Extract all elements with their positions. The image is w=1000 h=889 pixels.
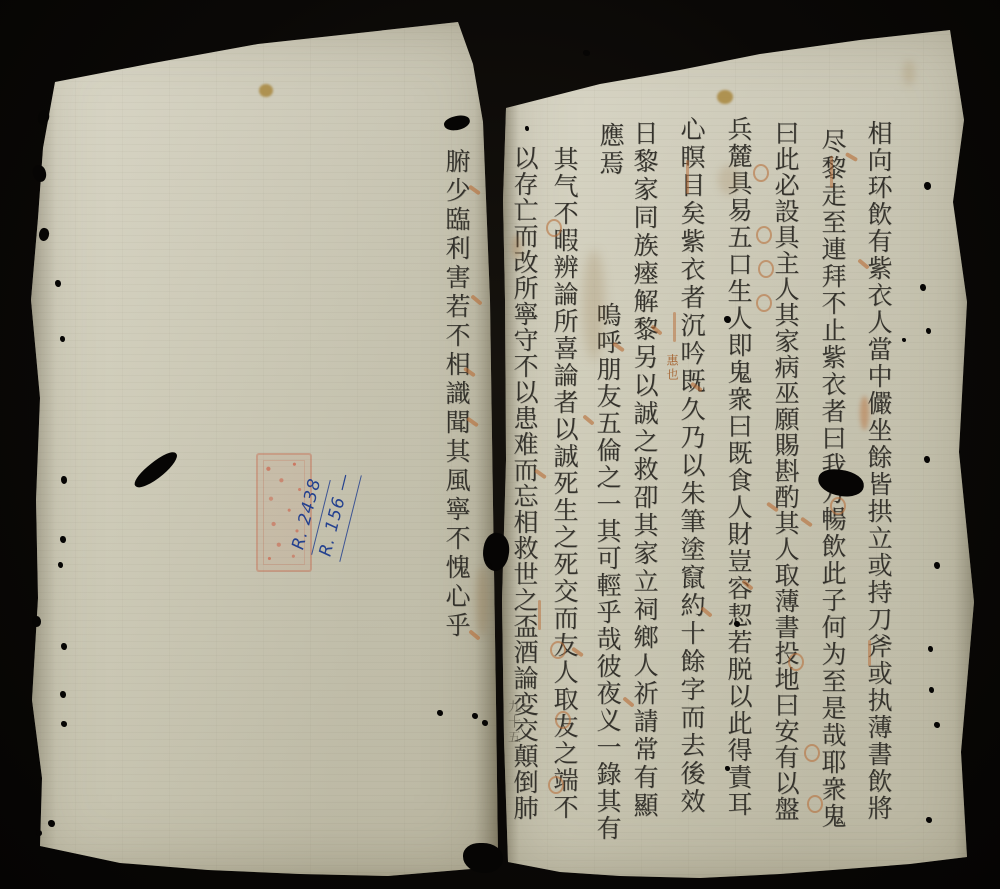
worm-hole [472,713,478,719]
worm-hole [36,830,42,836]
worm-hole [61,721,67,727]
vermilion-circle-mark [807,795,823,813]
left-page [28,18,498,878]
vermilion-emphasis-line [686,160,689,194]
vermilion-circle-mark [555,711,571,729]
worm-hole [58,562,63,568]
worm-hole [463,843,503,873]
vermilion-emphasis-line [868,640,871,666]
manuscript-column-1: 相向环飲有紫衣人當中儼坐餘皆拱立或持刀斧或执薄書飲將 [866,120,891,822]
worm-hole [525,126,529,131]
vermilion-emphasis-line [538,600,541,630]
worm-hole [60,536,66,543]
worm-hole [55,280,61,287]
worm-hole [920,284,926,291]
worm-hole [929,687,934,693]
vermilion-circle-mark [753,164,769,182]
worm-hole [926,328,931,334]
worm-hole [60,691,66,698]
worm-hole [928,646,933,652]
worm-hole [48,820,55,827]
manuscript-column-4: 兵麓具易五口生人即鬼衆曰既食人財豈容恝若脱以此得責耳 [726,116,751,818]
manuscript-column-7-top: 應焉 [598,122,623,178]
worm-hole [725,766,730,771]
vermilion-circle-mark [788,653,804,671]
worm-hole [437,710,443,716]
paper-stain [512,235,522,259]
vermilion-circle-mark [804,744,820,762]
vermilion-circle-mark [756,226,772,244]
vermilion-circle-mark [758,260,774,278]
vermilion-circle-mark [550,641,566,659]
worm-hole [32,616,41,627]
manuscript-column-3: 曰此必設具主人其家病巫願賜斟酌其人取薄書投地曰安有以盤 [773,120,798,822]
worm-hole [583,50,590,56]
worm-hole [924,182,931,190]
folio-number: 九十五 [503,700,522,745]
paper-stain [583,250,605,360]
manuscript-column-7-paragraph: 嗚呼朋友五倫之一其可輕乎哉彼夜义一錄其有 [595,302,620,842]
vermilion-emphasis-line [830,156,833,188]
paper-stain [476,566,488,636]
worm-hole [934,562,940,569]
worm-hole [734,621,740,627]
worm-hole [60,336,65,342]
vermilion-emphasis-line [673,312,676,342]
paper-stain [718,165,740,195]
worm-hole [61,643,67,650]
manuscript-column-6: 日黎家同族瘞解黎另以誠之救卲其家立祠鄉人祈請常有顯 [632,120,657,820]
vermilion-circle-mark [756,294,772,312]
worm-hole [724,316,731,323]
left-page-column: 腑少臨利害若不相識聞其風寧不愧心乎 [444,148,469,641]
paper-stain [717,90,733,104]
worm-hole [926,817,932,823]
worm-hole [61,476,67,484]
paper-stain [259,84,273,97]
interlinear-gloss: 惠也 [664,354,681,382]
worm-hole [482,720,488,726]
vermilion-circle-mark [830,497,846,515]
paper-stain [860,396,869,430]
paper-stain [903,60,915,86]
worm-hole [902,338,906,342]
vermilion-circle-mark [548,776,564,794]
manuscript-column-5: 心瞑目矣紫衣者沉吟既久乃以朱筆塗竄約十餘字而去後效 [679,116,704,816]
vermilion-circle-mark [546,219,562,237]
worm-hole [934,722,940,728]
stage: 相向环飲有紫衣人當中儼坐餘皆拱立或持刀斧或执薄書飲將 尽黎走至連拜不止紫衣者曰我… [0,0,1000,889]
worm-hole [924,456,930,463]
